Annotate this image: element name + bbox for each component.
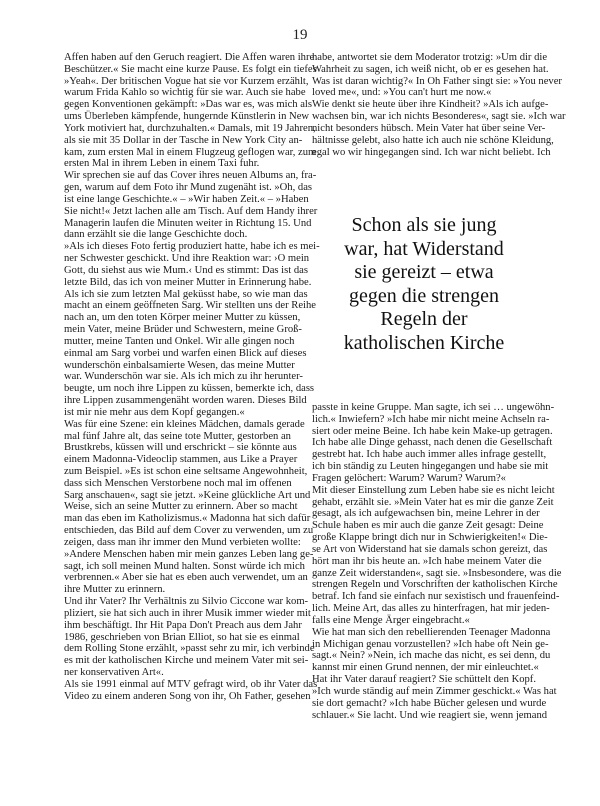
- text-line: entschieden, das Bild auf dem Cover zu v…: [64, 525, 288, 537]
- text-line: Video zu einem anderen Song von ihr, Oh …: [64, 691, 288, 703]
- text-line: se Art von Widerstand hat sie damals sch…: [312, 544, 536, 556]
- text-line: Schon als sie jung: [312, 214, 536, 238]
- text-line: York motiviert hat, durchzuhalten.« Dama…: [64, 123, 288, 135]
- text-line: habe, antwortet sie dem Moderator trotzi…: [312, 52, 536, 64]
- text-line: Als ich sie zum letzten Mal geküsst habe…: [64, 289, 288, 301]
- text-line: in Michigan genau vorzustellen? »Ich hab…: [312, 639, 536, 651]
- pull-quote: Schon als sie jungwar, hat Widerstandsie…: [312, 214, 536, 355]
- text-line: dass sich Menschen Verstorbene noch mal …: [64, 478, 288, 490]
- text-line: große Klappe bringt dich nur in Schwieri…: [312, 532, 536, 544]
- text-line: strengen Regeln und Vorschriften der kat…: [312, 579, 536, 591]
- text-line: ist mir nie mehr aus dem Kopf gegangen.«: [64, 407, 288, 419]
- text-line: gegen Konventionen gekämpft: »Das war es…: [64, 99, 288, 111]
- text-line: mein Vater, meine Brüder und Schwestern,…: [64, 324, 288, 336]
- text-line: »Ich wurde ständig auf mein Zimmer gesch…: [312, 686, 536, 698]
- text-line: Brustkrebs, küssen will und erschrickt –…: [64, 442, 288, 454]
- text-line: wachsen bin, war ich nichts Besonderes«,…: [312, 111, 536, 123]
- text-line: macht an einem geöffneten Sarg. Wir stel…: [64, 300, 288, 312]
- text-line: Hat ihr Vater darauf reagiert? Sie schüt…: [312, 674, 536, 686]
- text-line: Und ihr Vater? Ihr Verhältnis zu Silvio …: [64, 596, 288, 608]
- text-line: Ich habe alle Dinge gehasst, nach denen …: [312, 437, 536, 449]
- text-line: 1986, geschrieben von Brian Elliot, so h…: [64, 632, 288, 644]
- text-line: Als sie 1991 einmal auf MTV gefragt wird…: [64, 679, 288, 691]
- text-line: beugte, um noch ihre Lippen zu küssen, b…: [64, 383, 288, 395]
- text-line: Wie hat man sich den rebellierenden Teen…: [312, 627, 536, 639]
- text-line: nicht besonders hübsch. Mein Vater hat ü…: [312, 123, 536, 135]
- text-line: Regeln der: [312, 308, 536, 332]
- text-line: ihm beschäftigt. Ihr Hit Papa Don't Prea…: [64, 620, 288, 632]
- text-line: nach an, um den toten Körper meiner Mutt…: [64, 312, 288, 324]
- text-line: ist eine lange Geschichte.« – »Wir haben…: [64, 194, 288, 206]
- text-line: ner konservativen Art«.: [64, 667, 288, 679]
- text-line: schlauer.« Sie lacht. Und wie reagiert s…: [312, 710, 536, 722]
- text-line: falls eine Menge Ärger eingebracht.«: [312, 615, 536, 627]
- text-line: Was für eine Szene: ein kleines Mädchen,…: [64, 419, 288, 431]
- text-line: zum Beispiel. »Es ist schon eine seltsam…: [64, 466, 288, 478]
- text-line: ihre Mutter zu erinnern.: [64, 584, 288, 596]
- text-line: ihre Lippen zusammengenäht worden waren.…: [64, 395, 288, 407]
- text-line: egal wo wir hingegangen sind. Ich war ni…: [312, 147, 536, 159]
- text-line: einem Madonna-Videoclip stammen, aus Lik…: [64, 454, 288, 466]
- text-line: kannst mir einen Grund nennen, der mir e…: [312, 662, 536, 674]
- text-line: sie dort gemacht? »Ich habe Bücher geles…: [312, 698, 536, 710]
- text-line: hältnisse gelebt, also hatte ich auch ni…: [312, 135, 536, 147]
- text-line: mutter, meine Tanten und Onkel. Wir alle…: [64, 336, 288, 348]
- text-line: als sie mit 35 Dollar in der Tasche in N…: [64, 135, 288, 147]
- text-line: gen, warum auf dem Foto ihr Mund zugenäh…: [64, 182, 288, 194]
- text-line: Affen haben auf den Geruch reagiert. Die…: [64, 52, 288, 64]
- text-line: Weise, sich an seine Mutter zu erinnern.…: [64, 501, 288, 513]
- text-line: passte in keine Gruppe. Man sagte, ich s…: [312, 402, 536, 414]
- text-line: betraf. Ich fand sie einfach nur sexisti…: [312, 591, 536, 603]
- text-line: Was ist daran wichtig?« In Oh Father sin…: [312, 76, 536, 88]
- text-line: kam, zum ersten Mal in einem Flugzeug ge…: [64, 147, 288, 159]
- right-column-bottom: passte in keine Gruppe. Man sagte, ich s…: [312, 402, 536, 721]
- text-line: Wir sprechen sie auf das Cover ihres neu…: [64, 170, 288, 182]
- text-line: es mit der katholischen Kirche und meine…: [64, 655, 288, 667]
- text-line: siert oder meine Beine. Ich habe kein Ma…: [312, 426, 536, 438]
- text-line: »Als ich dieses Foto fertig produziert h…: [64, 241, 288, 253]
- text-line: katholischen Kirche: [312, 332, 536, 356]
- text-line: war, hat Widerstand: [312, 238, 536, 262]
- text-line: Gott, du siehst aus wie Mum.‹ Und es sti…: [64, 265, 288, 277]
- text-line: gestrebt hat. Ich habe auch immer alles …: [312, 449, 536, 461]
- text-line: letzte Bild, das ich von meiner Mutter i…: [64, 277, 288, 289]
- text-line: gegen die strengen: [312, 285, 536, 309]
- text-line: ich bin ständig zu Leuten hingegangen un…: [312, 461, 536, 473]
- text-line: pliziert, sie hat sich auch in ihrer Mus…: [64, 608, 288, 620]
- text-line: zeigen, dass man ihr immer den Mund verb…: [64, 537, 288, 549]
- text-line: Schule haben es mir auch die ganze Zeit …: [312, 520, 536, 532]
- text-line: Fragen gelöchert: Warum? Warum? Warum?«: [312, 473, 536, 485]
- text-line: warum Frida Kahlo so wichtig für sie war…: [64, 87, 288, 99]
- page-number: 19: [0, 27, 600, 44]
- text-line: sie gereizt – etwa: [312, 261, 536, 285]
- text-line: mal fünf Jahre alt, das seine tote Mutte…: [64, 431, 288, 443]
- text-line: verbrennen.« Aber sie hat es eben auch v…: [64, 572, 288, 584]
- text-line: ums Überleben kämpfende, hungernde Künst…: [64, 111, 288, 123]
- text-line: wunderschön einbalsamierte Wesen, das me…: [64, 360, 288, 372]
- text-line: man das eben im Katholizismus.« Madonna …: [64, 513, 288, 525]
- text-line: »Andere Menschen haben mir mein ganzes L…: [64, 549, 288, 561]
- text-line: loved me«, und: »You can't hurt me now.«: [312, 87, 536, 99]
- text-line: ner Schwester geschickt. Und ihre Reakti…: [64, 253, 288, 265]
- text-line: dann erzählt sie die lange Geschichte do…: [64, 229, 288, 241]
- text-line: »Yeah«. Der britischen Vogue hat sie vor…: [64, 76, 288, 88]
- text-line: gehabt, erzählt sie. »Mein Vater hat es …: [312, 497, 536, 509]
- text-line: sagt.« Nein? »Nein, ich mache das nicht,…: [312, 650, 536, 662]
- text-line: war. Wunderschön war sie. Als ich mich z…: [64, 371, 288, 383]
- text-line: dem Rolling Stone erzählt, »passt sehr z…: [64, 643, 288, 655]
- text-line: ganze Zeit widerstanden«, sagt sie. »Ins…: [312, 568, 536, 580]
- text-line: Sarg anschauen«, sagt sie jetzt. »Keine …: [64, 490, 288, 502]
- text-line: Sie nicht!« Jetzt lachen alle am Tisch. …: [64, 206, 288, 218]
- text-line: sagt, ich soll meinen Mund halten. Sonst…: [64, 561, 288, 573]
- text-line: hört man ihr bis heute an. »Ich habe mei…: [312, 556, 536, 568]
- text-line: Wie denkt sie heute über ihre Kindheit? …: [312, 99, 536, 111]
- text-line: lich.« Inwiefern? »Ich habe mir nicht me…: [312, 414, 536, 426]
- text-line: Wahrheit zu sagen, ich weiß nicht, ob er…: [312, 64, 536, 76]
- text-line: ersten Mal in ihrem Leben in einem Taxi …: [64, 158, 288, 170]
- text-line: Mit dieser Einstellung zum Leben habe si…: [312, 485, 536, 497]
- left-column: Affen haben auf den Geruch reagiert. Die…: [64, 52, 288, 703]
- right-column-top: habe, antwortet sie dem Moderator trotzi…: [312, 52, 536, 158]
- text-line: Managerin laufen die Minuten weiter in R…: [64, 218, 288, 230]
- text-line: einmal am Sarg vorbei und warfen einen B…: [64, 348, 288, 360]
- text-line: Beschützer.« Sie macht eine kurze Pause.…: [64, 64, 288, 76]
- text-line: lich. Meine Art, das alles zu hinterfrag…: [312, 603, 536, 615]
- text-line: gesagt, als ich aufgewachsen bin, meine …: [312, 508, 536, 520]
